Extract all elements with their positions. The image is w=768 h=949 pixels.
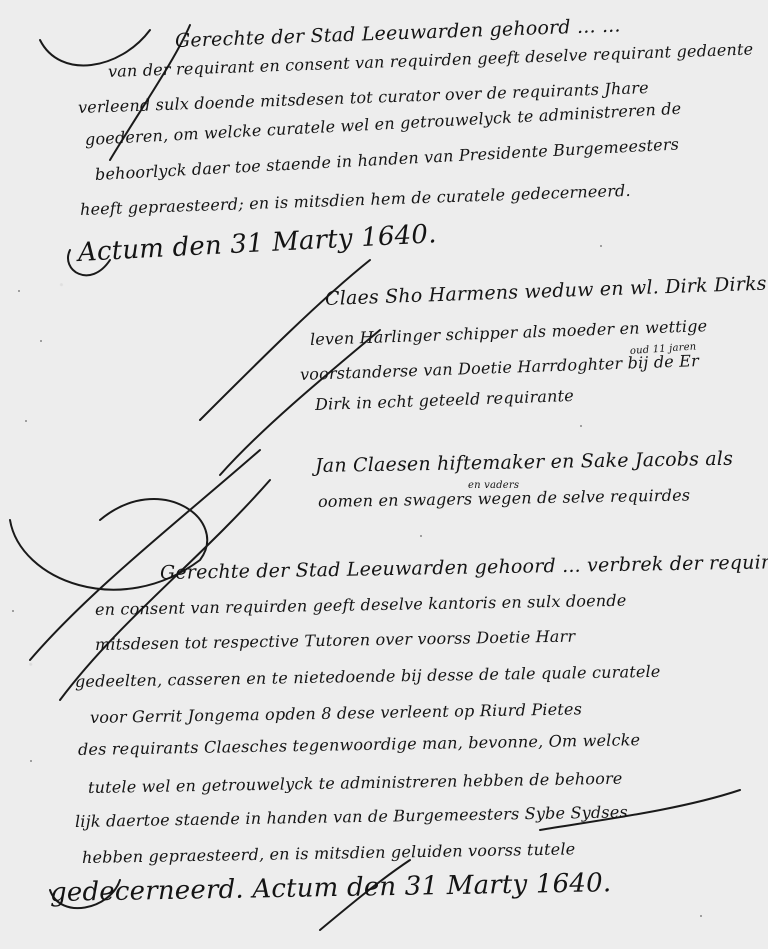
entry-4-line-5: voor Gerrit Jongema opden 8 dese verleen… [90,699,582,727]
entry-4-actum-date: gedecerneerd. Actum den 31 Marty 1640. [50,868,612,908]
entry-4-line-3: mitsdesen tot respective Tutoren over vo… [95,627,576,654]
entry-4-line-9: hebben gepraesteerd, en is mitsdien gelu… [82,839,576,867]
entry-4-line-8: lijk daertoe staende in handen van de Bu… [75,802,628,831]
entry-4-line-7: tutele wel en getrouwelyck te administre… [88,769,623,797]
manuscript-page: Gerechte der Stad Leeuwarden gehoord ...… [0,0,768,949]
entry-4-line-1: Gerechte der Stad Leeuwarden gehoord ...… [160,551,768,584]
entry-4-line-4: gedeelten, casseren en te nietedoende bi… [75,662,661,691]
entry-4: Gerechte der Stad Leeuwarden gehoord ...… [0,0,768,949]
entry-4-line-2: en consent van requirden geeft deselve k… [95,591,627,619]
entry-4-line-6: des requirants Claesches tegenwoordige m… [78,730,641,759]
